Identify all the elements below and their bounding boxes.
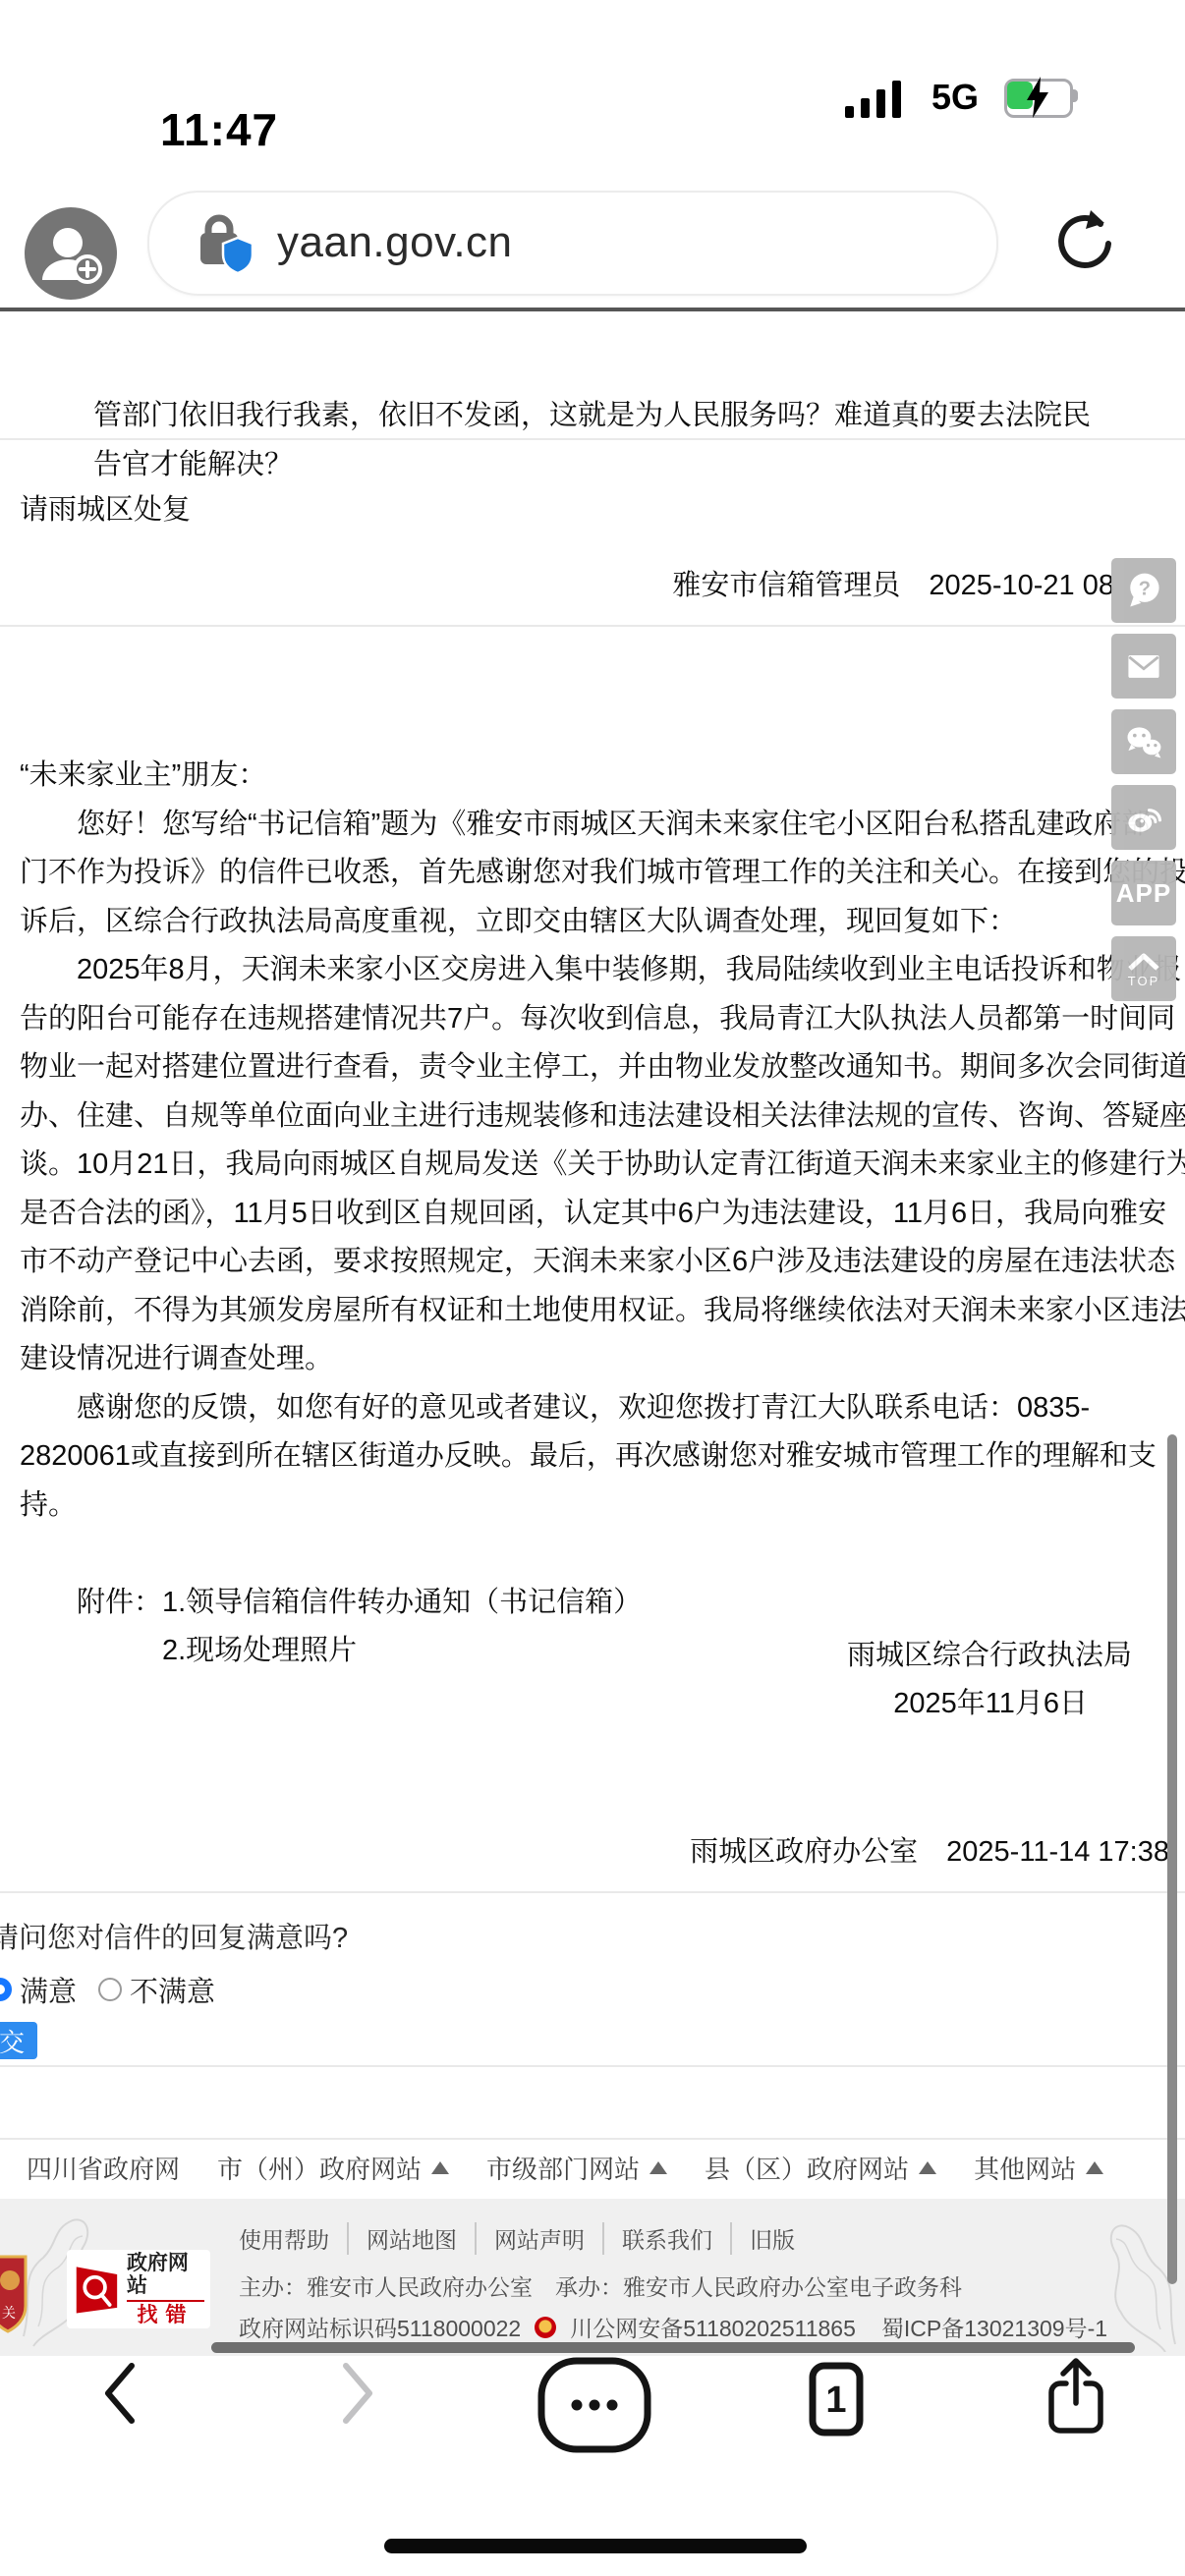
error-report-badge[interactable]: 政府网站 找错 [67,2250,210,2328]
url-bar[interactable] [147,191,998,296]
horizontal-scrollbar[interactable] [211,2342,1135,2353]
forward-button[interactable] [336,2362,379,2425]
gov-site-link-bar: 四川省政府网 市（州）政府网站 市级部门网站 县（区）政府网站 其他网站 [27,2150,1103,2186]
icp-record-link[interactable]: 蜀ICP备13021309号-1 [881,2311,1107,2343]
svg-text:?: ? [1139,579,1151,600]
complaint-text: 管部门依旧我行我素，依旧不发函，这就是为人民服务吗？难道真的要去法院民告官才能解… [93,295,1174,489]
radio-satisfied-label[interactable]: 满意 [20,1970,77,2010]
app-download-button[interactable]: APP [1111,861,1176,925]
radio-unsatisfied-label[interactable]: 不满意 [130,1970,215,2010]
weibo-icon [1122,796,1165,839]
radio-unsatisfied[interactable] [98,1978,122,2001]
section-divider [0,625,1185,627]
section-divider [0,2065,1185,2067]
badge-subtitle: 找错 [127,2304,204,2326]
person-plus-icon [25,207,117,300]
footer-links: 使用帮助网站地图网站声明联系我们旧版 [239,2222,813,2255]
mail-icon [1122,644,1165,688]
site-group-dropdown[interactable]: 其他网站 [974,2150,1103,2186]
back-button[interactable] [98,2362,141,2425]
reply-letter-body: “未来家业主”朋友： 您好！您写给“书记信箱”题为《雅安市雨城区天润未来家住宅小… [20,654,1150,1676]
police-record-link[interactable]: 川公网安备51180202511865 [570,2311,856,2343]
section-divider [0,2138,1185,2140]
site-group-dropdown[interactable]: 市（州）政府网站 [217,2150,449,2186]
home-indicator [384,2539,807,2553]
network-type-label: 5G [931,77,979,118]
survey-question: 请问您对信件的回复满意吗? [0,1916,348,1956]
site-security-icon [195,212,255,275]
footer-link[interactable]: 旧版 [730,2222,813,2255]
svg-text:1: 1 [825,2380,846,2421]
section-divider [0,1891,1185,1893]
profile-button[interactable] [25,207,117,300]
signal-strength-icon [845,79,916,118]
footer-link[interactable]: 使用帮助 [239,2222,347,2255]
find-error-magnifier-icon [73,2260,121,2319]
platform-shield-badge: 关 [0,2253,28,2333]
wechat-icon [1122,720,1165,763]
footer-registration-line: 政府网站标识码5118000022 川公网安备51180202511865 蜀I… [239,2311,1107,2343]
police-emblem-icon [535,2317,556,2338]
battery-charging-icon [1004,79,1081,116]
svg-text:TOP: TOP [1128,974,1160,988]
share-button[interactable] [1044,2356,1108,2438]
back-to-top-button[interactable]: TOP [1111,936,1176,1001]
office-timestamp: 雨城区政府办公室 2025-11-14 17:38 [0,1829,1169,1870]
footer-host-line: 主办：雅安市人民政府办公室 承办：雅安市人民政府办公室电子政务科 [239,2269,962,2302]
more-button[interactable] [536,2356,652,2454]
footer-link[interactable]: 联系我们 [602,2222,730,2255]
site-code-text: 政府网站标识码5118000022 [239,2311,521,2343]
section-divider [0,438,1185,440]
mail-button[interactable] [1111,634,1176,699]
reply-date: 2025年11月6日 [0,1681,1088,1721]
consult-button[interactable]: ? [1111,558,1176,623]
tabs-button[interactable]: 1 [806,2360,867,2438]
triangle-up-icon [919,2161,936,2174]
site-group-dropdown[interactable]: 市级部门网站 [486,2150,667,2186]
footer-link[interactable]: 网站地图 [347,2222,475,2255]
district-forward-note: 请雨城区处复 [20,487,191,528]
radio-satisfied[interactable] [0,1978,12,2001]
triangle-up-icon [649,2161,667,2174]
submit-button[interactable]: 提交 [0,2022,37,2059]
wechat-share-button[interactable] [1111,709,1176,774]
status-time: 11:47 [160,103,278,156]
triangle-up-icon [1086,2161,1103,2174]
floating-toolbar: ? APP TOP [1111,558,1176,1012]
weibo-share-button[interactable] [1111,785,1176,850]
mailbox-admin-timestamp: 雅安市信箱管理员 2025-10-21 08 [0,563,1114,603]
question-head-icon: ? [1122,569,1165,612]
survey-options: 满意 不满意 [0,1975,215,2004]
site-group-dropdown[interactable]: 县（区）政府网站 [705,2150,936,2186]
footer-link[interactable]: 网站声明 [475,2222,602,2255]
url-text: yaan.gov.cn [277,218,513,267]
triangle-up-icon [431,2161,449,2174]
site-group-dropdown[interactable]: 四川省政府网 [27,2150,180,2186]
badge-title: 政府网站 [127,2252,204,2302]
refresh-button[interactable] [1049,208,1114,277]
svg-text:关: 关 [2,2305,16,2321]
reply-unit-signature: 雨城区综合行政执法局 [0,1633,1132,1673]
vertical-scrollbar[interactable] [1167,1434,1177,2284]
chevron-up-icon: TOP [1120,945,1167,992]
